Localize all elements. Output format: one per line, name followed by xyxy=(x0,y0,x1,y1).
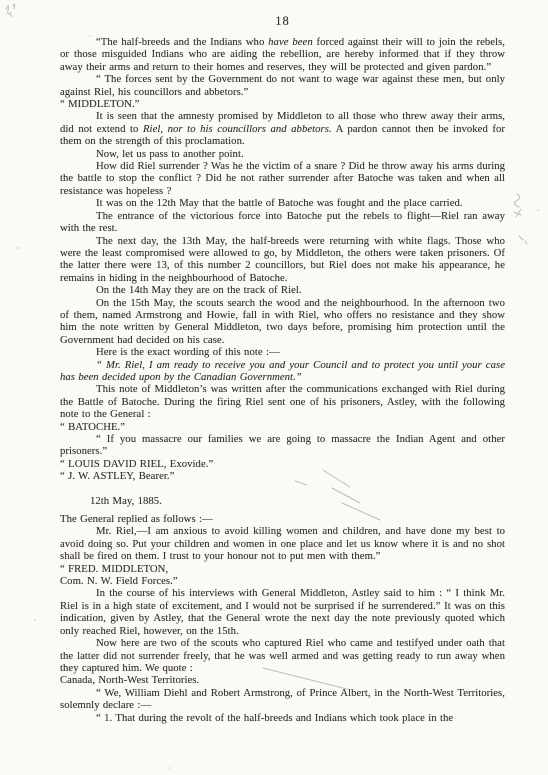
paragraph-body: “ 1. That during the revolt of the half-… xyxy=(60,712,505,724)
paragraph-sig-com: Com. N. W. Field Forces.” xyxy=(60,575,505,587)
margin-squiggle xyxy=(515,194,520,207)
paragraph-sig-canada: Canada, North-West Territories. xyxy=(60,674,505,686)
paragraph-body: Here is the exact wording of this note :… xyxy=(60,346,505,358)
paragraph-flush: The General replied as follows :— xyxy=(60,513,505,525)
paragraph-body: In the course of his interviews with Gen… xyxy=(60,587,505,637)
paragraph-body: How did Riel surrender ? Was he the vict… xyxy=(60,160,505,197)
speck xyxy=(17,247,19,249)
paragraph-sig-batoche: “ BATOCHE.” xyxy=(60,421,505,433)
paragraph-sig-fred: “ FRED. MIDDLETON, xyxy=(60,563,505,575)
paragraph-body: On the 14th May they are on the track of… xyxy=(60,284,505,296)
paragraph-body: This note of Middleton’s was written aft… xyxy=(60,383,505,420)
speck xyxy=(537,209,539,211)
document-page: 18 “The half-breeds and the Indians who … xyxy=(0,0,548,775)
paragraph-body: Mr. Riel,—I am anxious to avoid killing … xyxy=(60,525,505,562)
paragraph-body: Now here are two of the scouts who captu… xyxy=(60,637,505,674)
page-body: “The half-breeds and the Indians who hav… xyxy=(60,36,505,724)
paragraph-sig-riel: “ LOUIS DAVID RIEL, Exovide.” xyxy=(60,458,505,470)
speck xyxy=(7,471,9,473)
speck xyxy=(34,619,36,621)
paragraph-body: Now, let us pass to another point. xyxy=(60,148,505,160)
paragraph-italic: “ Mr. Riel, I am ready to receive you an… xyxy=(60,359,505,384)
paragraph-body: It was on the 12th May that the battle o… xyxy=(60,197,505,209)
paragraph-sig-middleton: “ MIDDLETON.” xyxy=(60,98,505,110)
paragraph-body: “ If you massacre our families we are go… xyxy=(60,433,505,458)
paragraph-body: “The half-breeds and the Indians who hav… xyxy=(60,36,505,73)
paragraph-body: “ The forces sent by the Government do n… xyxy=(60,73,505,98)
paragraph-body: On the 15th May, the scouts search the w… xyxy=(60,297,505,347)
margin-tick xyxy=(519,236,527,244)
paragraph-body: The entrance of the victorious force int… xyxy=(60,210,505,235)
margin-asterisk xyxy=(514,209,521,217)
paragraph-body: The next day, the 13th May, the half-bre… xyxy=(60,235,505,285)
speck xyxy=(169,767,171,769)
paragraph-body: “ We, William Diehl and Robert Armstrong… xyxy=(60,687,505,712)
corner-scribble xyxy=(6,4,15,17)
paragraph-date: 12th May, 1885. xyxy=(60,495,505,507)
page-number: 18 xyxy=(60,14,505,29)
paragraph-body: It is seen that the amnesty promised by … xyxy=(60,110,505,147)
paragraph-sig-astley: “ J. W. ASTLEY, Bearer.” xyxy=(60,470,505,482)
